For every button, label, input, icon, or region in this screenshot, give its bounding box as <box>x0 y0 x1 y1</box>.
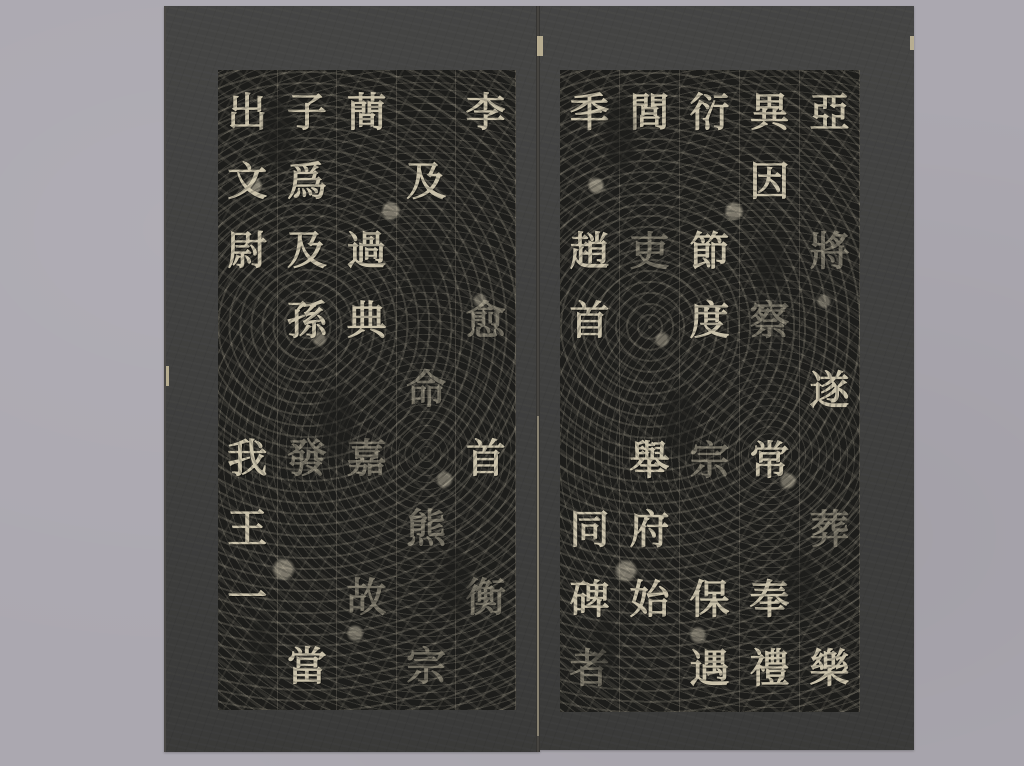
text-column: 亞 □ 將 □ 遂 □ 葬 □ 樂 <box>800 70 860 712</box>
character: 典 <box>346 301 386 341</box>
character: 舉 <box>630 441 670 481</box>
character: 葬 <box>810 510 850 550</box>
character: 尉 <box>227 231 267 271</box>
left-rubbing-panel: 出 文 尉 □ □ 我 王 一 □ 子 爲 及 孫 □ 發 □ □ 當 蕳 □ … <box>218 70 516 710</box>
character: 察 <box>750 301 790 341</box>
character: 熊 <box>406 509 446 549</box>
paper-tear <box>910 36 914 50</box>
character: 當 <box>287 647 327 687</box>
rubbing-album: 出 文 尉 □ □ 我 王 一 □ 子 爲 及 孫 □ 發 □ □ 當 蕳 □ … <box>0 0 1024 766</box>
text-column: 子 爲 及 孫 □ 發 □ □ 當 <box>278 70 338 710</box>
character: 命 <box>406 370 446 410</box>
character: 碑 <box>570 580 610 620</box>
character: 愈 <box>466 301 506 341</box>
character: 因 <box>750 162 790 202</box>
character: 亞 <box>810 93 850 133</box>
text-column: 閭 □ 吏 □ □ 舉 府 始 □ <box>620 70 680 712</box>
character: 始 <box>630 580 670 620</box>
character: 常 <box>750 441 790 481</box>
character: 過 <box>346 231 386 271</box>
character: 蕳 <box>346 93 386 133</box>
text-column: 衍 □ 節 度 □ 宗 □ 保 遇 <box>680 70 740 712</box>
character: 趙 <box>570 232 610 272</box>
character: 宗 <box>406 647 446 687</box>
character: 嘉 <box>346 439 386 479</box>
character: 李 <box>466 93 506 133</box>
character: 首 <box>466 439 506 479</box>
character: 禮 <box>750 649 790 689</box>
character: 及 <box>406 162 446 202</box>
character: 宗 <box>690 441 730 481</box>
character: 發 <box>287 439 327 479</box>
character: 我 <box>227 439 267 479</box>
character: 異 <box>750 93 790 133</box>
text-column: 異 因 □ 察 □ 常 □ 奉 禮 <box>740 70 800 712</box>
character: 出 <box>227 93 267 133</box>
character: 度 <box>690 301 730 341</box>
text-column: □ 及 □ □ 命 □ 熊 □ 宗 <box>397 70 457 710</box>
character: 王 <box>227 509 267 549</box>
paper-tear <box>166 366 169 386</box>
character: 樂 <box>810 649 850 689</box>
character: 首 <box>570 301 610 341</box>
character: 將 <box>810 232 850 272</box>
right-rubbing-panel: 秊 □ 趙 首 □ □ 同 碑 者 閭 □ 吏 □ □ 舉 府 始 □ 衍 □ … <box>560 70 860 712</box>
character: 衡 <box>466 578 506 618</box>
text-column: 蕳 □ 過 典 □ 嘉 □ 故 □ <box>337 70 397 710</box>
character: 孫 <box>287 301 327 341</box>
character: 爲 <box>287 162 327 202</box>
text-column: 李 □ □ 愈 □ 首 □ 衡 □ <box>456 70 516 710</box>
album-gutter <box>536 6 540 752</box>
character: 遇 <box>690 649 730 689</box>
character: 奉 <box>750 580 790 620</box>
character: 故 <box>346 578 386 618</box>
paper-tear <box>537 36 543 56</box>
character: 者 <box>570 649 610 689</box>
character: 保 <box>690 580 730 620</box>
character: 衍 <box>690 93 730 133</box>
character: 吏 <box>630 232 670 272</box>
character: 一 <box>227 578 267 618</box>
text-column: 秊 □ 趙 首 □ □ 同 碑 者 <box>560 70 620 712</box>
text-column: 出 文 尉 □ □ 我 王 一 □ <box>218 70 278 710</box>
character: 閭 <box>630 93 670 133</box>
character: 節 <box>690 232 730 272</box>
paper-crease <box>537 416 539 736</box>
character: 府 <box>630 510 670 550</box>
character: 同 <box>570 510 610 550</box>
character: 及 <box>287 231 327 271</box>
character: 秊 <box>570 93 610 133</box>
character: 子 <box>287 93 327 133</box>
character: 遂 <box>810 371 850 411</box>
character: 文 <box>227 162 267 202</box>
